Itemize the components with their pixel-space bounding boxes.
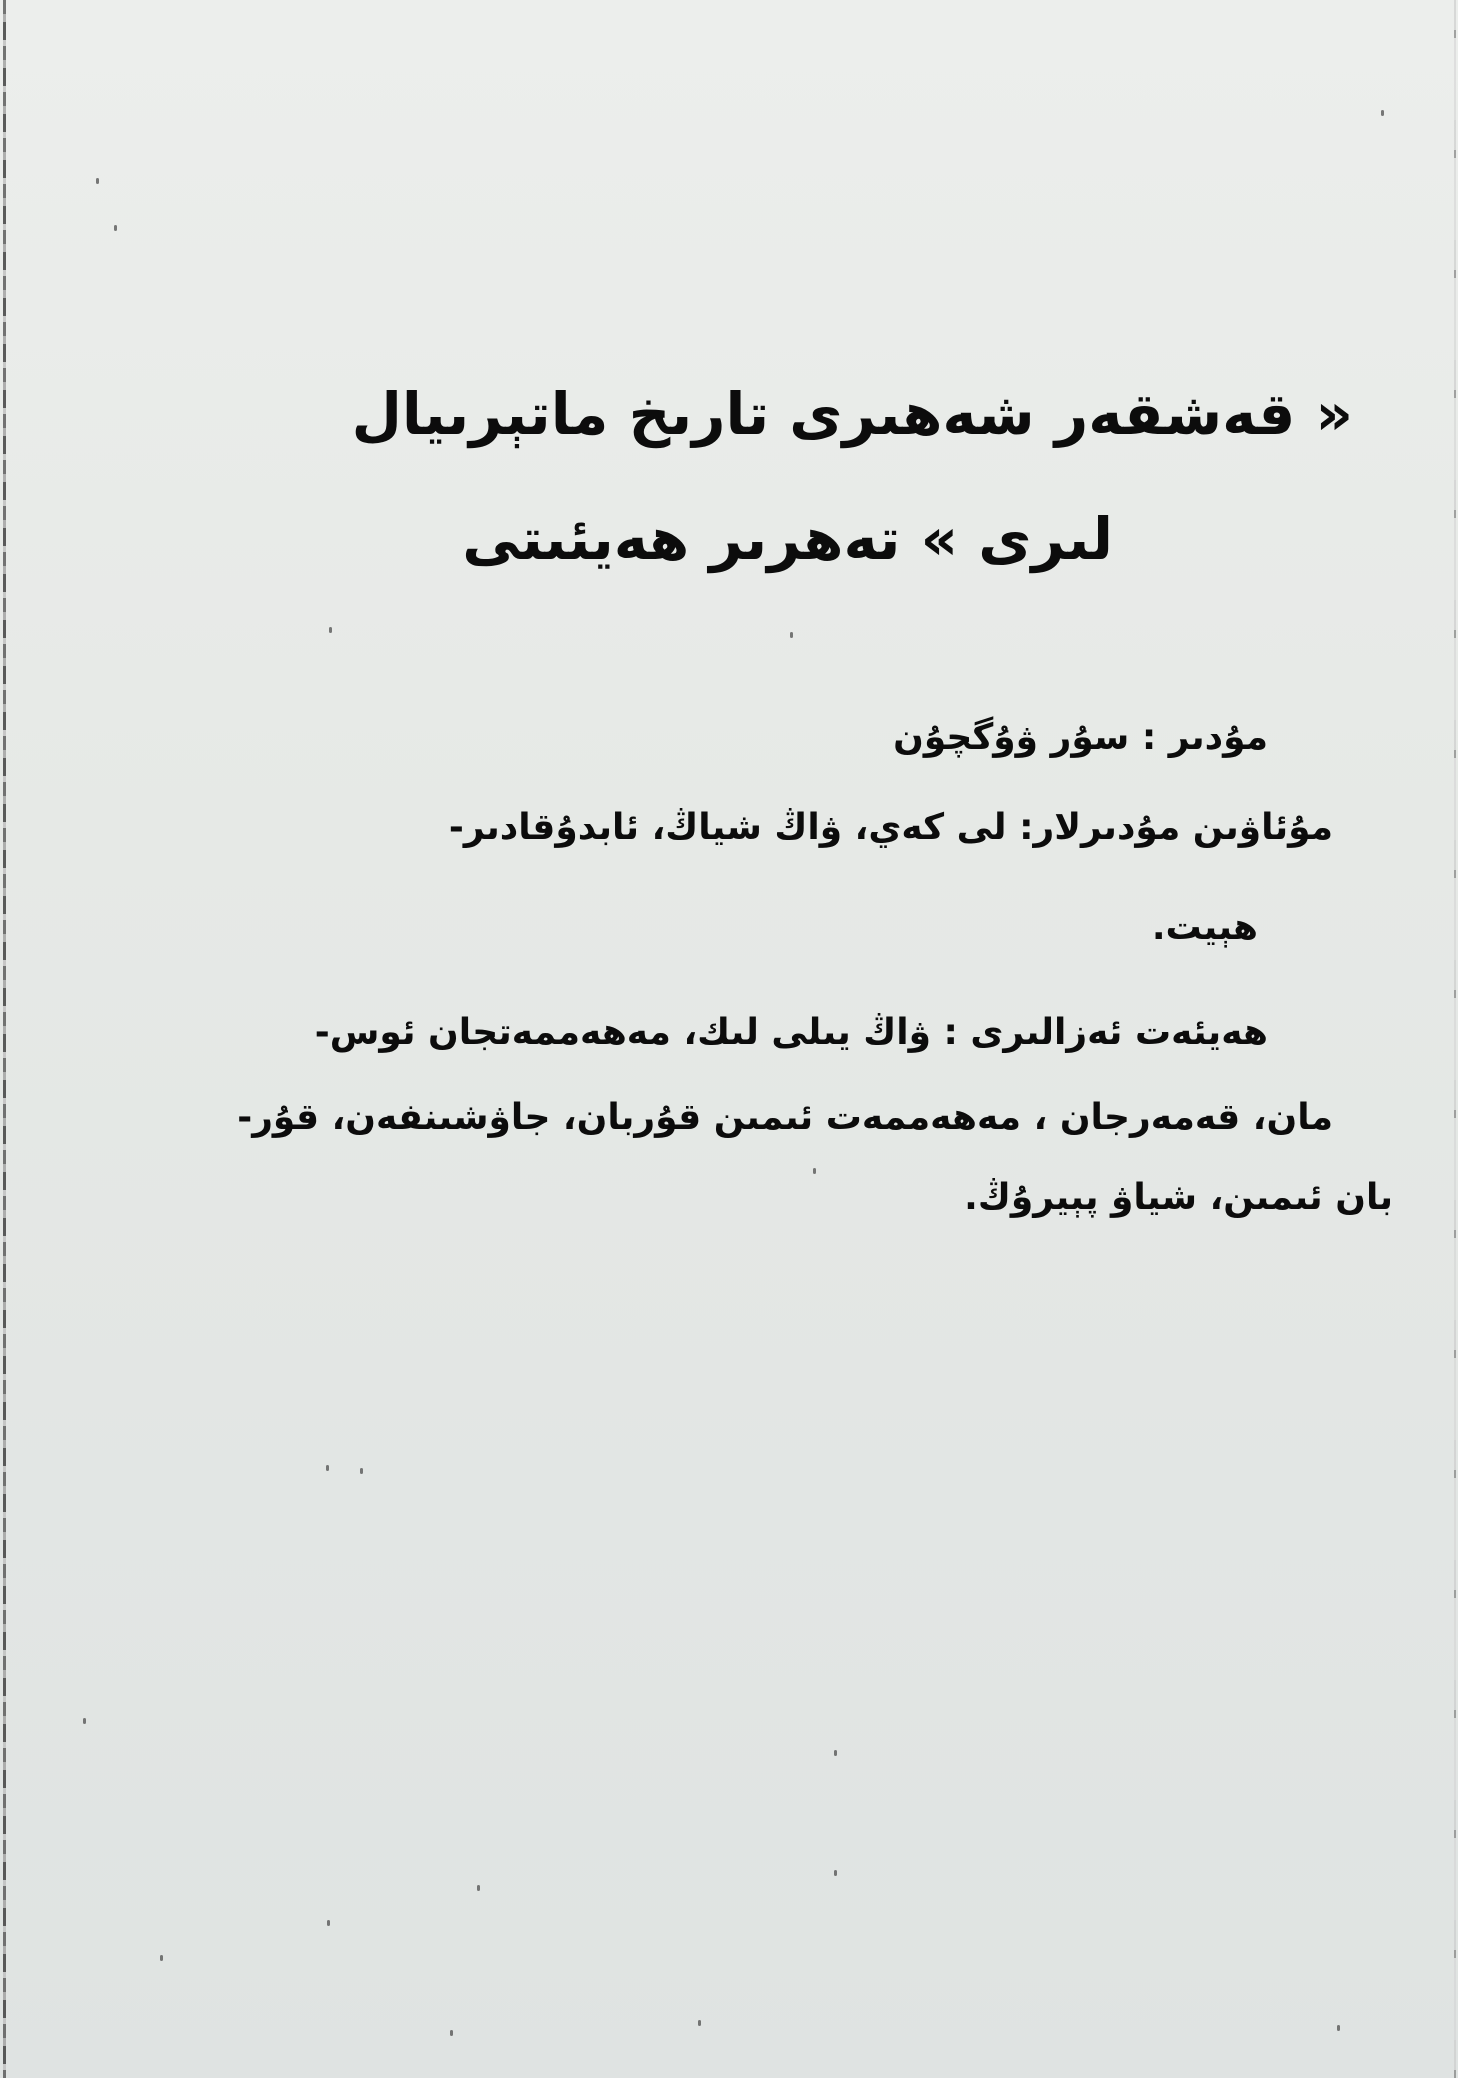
scanned-book-page: « قەشقەر شەھىرى تارىخ ماتېرىيال لىرى » ت… bbox=[0, 0, 1458, 2078]
scan-speck bbox=[1337, 2025, 1340, 2031]
scan-speck bbox=[698, 2020, 701, 2026]
scan-speck bbox=[790, 632, 793, 638]
page-title-line-1: « قەشقەر شەھىرى تارىخ ماتېرىيال bbox=[352, 385, 1353, 443]
scan-speck bbox=[83, 1718, 86, 1724]
associate-editors-line-1: مۇئاۋىن مۇدىرلار: لى كەي، ۋاڭ شياڭ، ئابد… bbox=[449, 810, 1333, 846]
scan-speck bbox=[327, 1920, 330, 1926]
scan-speck bbox=[450, 2030, 453, 2036]
members-line-3: بان ئىمىن، شياۋ پېيرۇڭ. bbox=[964, 1180, 1393, 1216]
page-title-line-2: لىرى » تەھرىر ھەيئىتى bbox=[462, 510, 1113, 568]
associate-editors-line-2: ھېيت. bbox=[1152, 910, 1258, 946]
scan-speck bbox=[329, 627, 332, 633]
scan-speck bbox=[477, 1885, 480, 1891]
scan-speck bbox=[834, 1870, 837, 1876]
chief-editor-line: مۇدىر : سۇر ۋۇگچۇن bbox=[893, 720, 1268, 756]
members-line-1: ھەيئەت ئەزالىرى : ۋاڭ يىلى لىك، مەھەممەت… bbox=[315, 1015, 1268, 1051]
scan-speck bbox=[360, 1468, 363, 1474]
page-binding-edge bbox=[3, 0, 6, 2078]
scan-speck bbox=[813, 1168, 816, 1174]
scan-speck bbox=[160, 1955, 163, 1961]
members-line-2: مان، قەمەرجان ، مەھەممەت ئىمىن قۇربان، ج… bbox=[237, 1100, 1333, 1136]
page-right-edge bbox=[1454, 0, 1456, 2078]
scan-speck bbox=[326, 1465, 329, 1471]
scan-speck bbox=[96, 178, 99, 184]
scan-speck bbox=[114, 225, 117, 231]
scan-speck bbox=[1381, 110, 1384, 116]
scan-speck bbox=[834, 1750, 837, 1756]
